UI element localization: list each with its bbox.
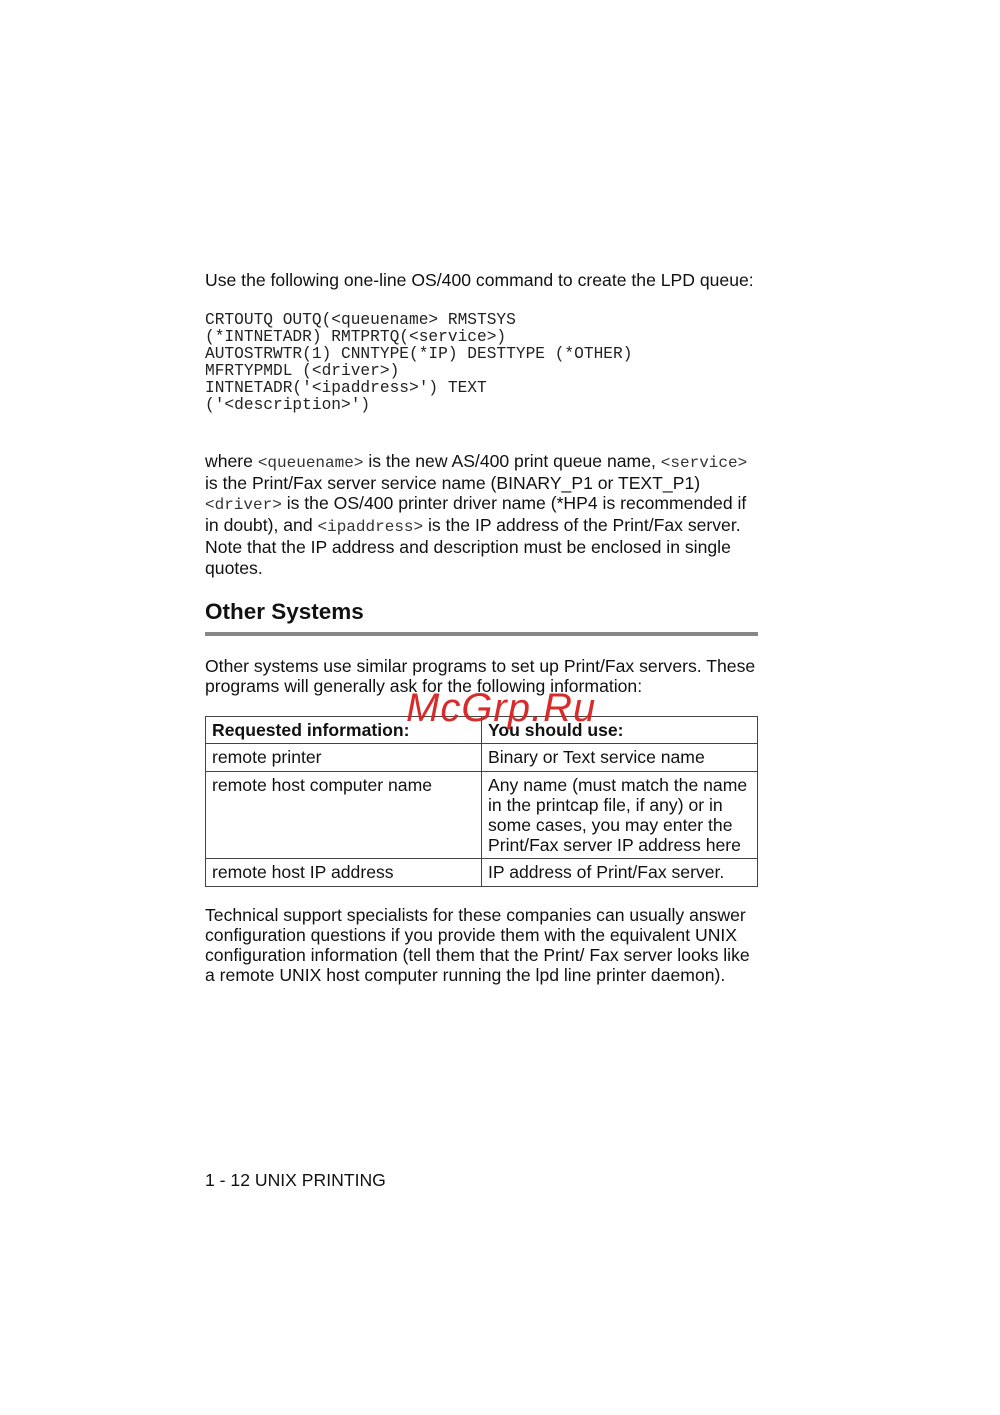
table-row: remote host computer name Any name (must…	[206, 771, 758, 859]
placeholder-queuename: <queuename>	[258, 454, 364, 472]
placeholder-driver: <driver>	[205, 496, 282, 514]
requested-information-table: Requested information: You should use: r…	[205, 716, 758, 886]
table-cell: remote host computer name	[206, 771, 482, 859]
column-header: You should use:	[482, 717, 758, 744]
placeholder-ipaddress: <ipaddress>	[318, 518, 424, 536]
section-heading: Other Systems	[205, 598, 760, 626]
table-cell: remote printer	[206, 744, 482, 771]
heading-rule	[205, 632, 758, 636]
column-header: Requested information:	[206, 717, 482, 744]
os400-command-block: CRTOUTQ OUTQ(<queuename> RMSTSYS(*INTNET…	[205, 312, 760, 413]
table-row: remote printer Binary or Text service na…	[206, 744, 758, 771]
where-paragraph: where <queuename> is the new AS/400 prin…	[205, 451, 760, 578]
support-paragraph: Technical support specialists for these …	[205, 905, 760, 986]
intro-paragraph: Use the following one-line OS/400 comman…	[205, 270, 760, 290]
table-cell: remote host IP address	[206, 859, 482, 886]
table-header-row: Requested information: You should use:	[206, 717, 758, 744]
table-cell: IP address of Print/Fax server.	[482, 859, 758, 886]
command-line: AUTOSTRWTR(1) CNNTYPE(*IP) DESTTYPE (*OT…	[205, 346, 760, 363]
table-row: remote host IP address IP address of Pri…	[206, 859, 758, 886]
command-line: INTNETADR('<ipaddress>') TEXT	[205, 380, 760, 397]
command-line: CRTOUTQ OUTQ(<queuename> RMSTSYS	[205, 312, 760, 329]
text: where	[205, 451, 258, 471]
command-line: (*INTNETADR) RMTPRTQ(<service>)	[205, 329, 760, 346]
placeholder-service: <service>	[661, 454, 747, 472]
text: is the new AS/400 print queue name,	[363, 451, 660, 471]
document-page: Use the following one-line OS/400 comman…	[205, 270, 760, 986]
table-cell: Binary or Text service name	[482, 744, 758, 771]
text: is the Print/Fax server service name (BI…	[205, 473, 700, 493]
page-footer: 1 - 12 UNIX PRINTING	[205, 1170, 386, 1190]
other-systems-intro: Other systems use similar programs to se…	[205, 656, 760, 696]
table-cell: Any name (must match the name in the pri…	[482, 771, 758, 859]
command-line: MFRTYPMDL (<driver>)	[205, 363, 760, 380]
command-line: ('<description>')	[205, 397, 760, 414]
